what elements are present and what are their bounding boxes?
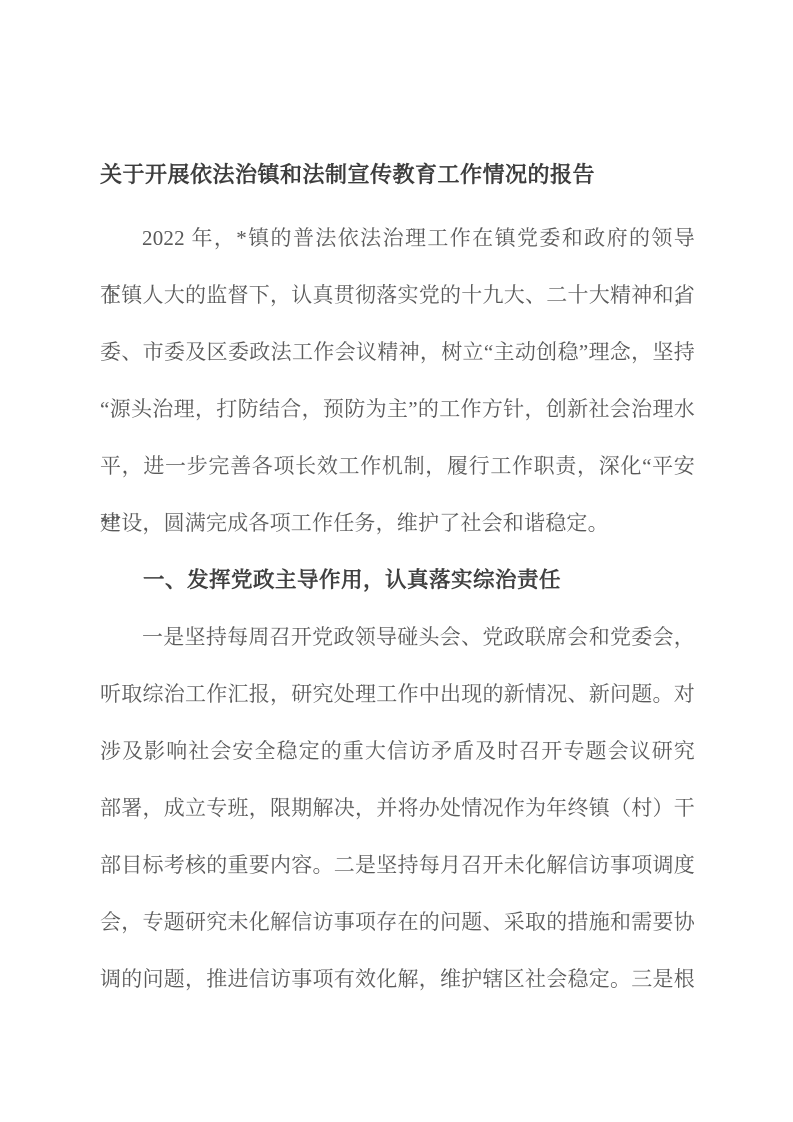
text-line: 部目标考核的重要内容。二是坚持每月召开未化解信访事项调度 [100, 837, 695, 894]
text-line: 涉及影响社会安全稳定的重大信访矛盾及时召开专题会议研究 [100, 723, 695, 780]
text-line: 部署，成立专班，限期解决，并将办处情况作为年终镇（村）干 [100, 780, 695, 837]
text-line: 平，进一步完善各项长效工作机制，履行工作职责，深化“平安*” [100, 438, 695, 495]
text-line: 2022 年，*镇的普法依法治理工作在镇党委和政府的领导下， [100, 210, 695, 267]
text-line: 听取综治工作汇报，研究处理工作中出现的新情况、新问题。对 [100, 666, 695, 723]
paragraph-section-1-body: 一是坚持每周召开党政领导碰头会、党政联席会和党委会，听取综治工作汇报，研究处理工… [100, 609, 695, 1008]
document-page: 关于开展依法治镇和法制宣传教育工作情况的报告 2022 年，*镇的普法依法治理工… [0, 0, 793, 1122]
text-line: “源头治理，打防结合，预防为主”的工作方针，创新社会治理水 [100, 381, 695, 438]
text-line: 会，专题研究未化解信访事项存在的问题、采取的措施和需要协 [100, 894, 695, 951]
section-heading-1: 一、发挥党政主导作用，认真落实综治责任 [100, 552, 695, 609]
paragraph-intro: 2022 年，*镇的普法依法治理工作在镇党委和政府的领导下，在镇人大的监督下，认… [100, 210, 695, 552]
text-line: 建设，圆满完成各项工作任务，维护了社会和谐稳定。 [100, 495, 695, 552]
text-line: 委、市委及区委政法工作会议精神，树立“主动创稳”理念，坚持 [100, 324, 695, 381]
text-line: 一是坚持每周召开党政领导碰头会、党政联席会和党委会， [100, 609, 695, 666]
text-line: 调的问题，推进信访事项有效化解，维护辖区社会稳定。三是根 [100, 951, 695, 1008]
text-line: 在镇人大的监督下，认真贯彻落实党的十九大、二十大精神和省 [100, 267, 695, 324]
document-title: 关于开展依法治镇和法制宣传教育工作情况的报告 [100, 146, 695, 203]
